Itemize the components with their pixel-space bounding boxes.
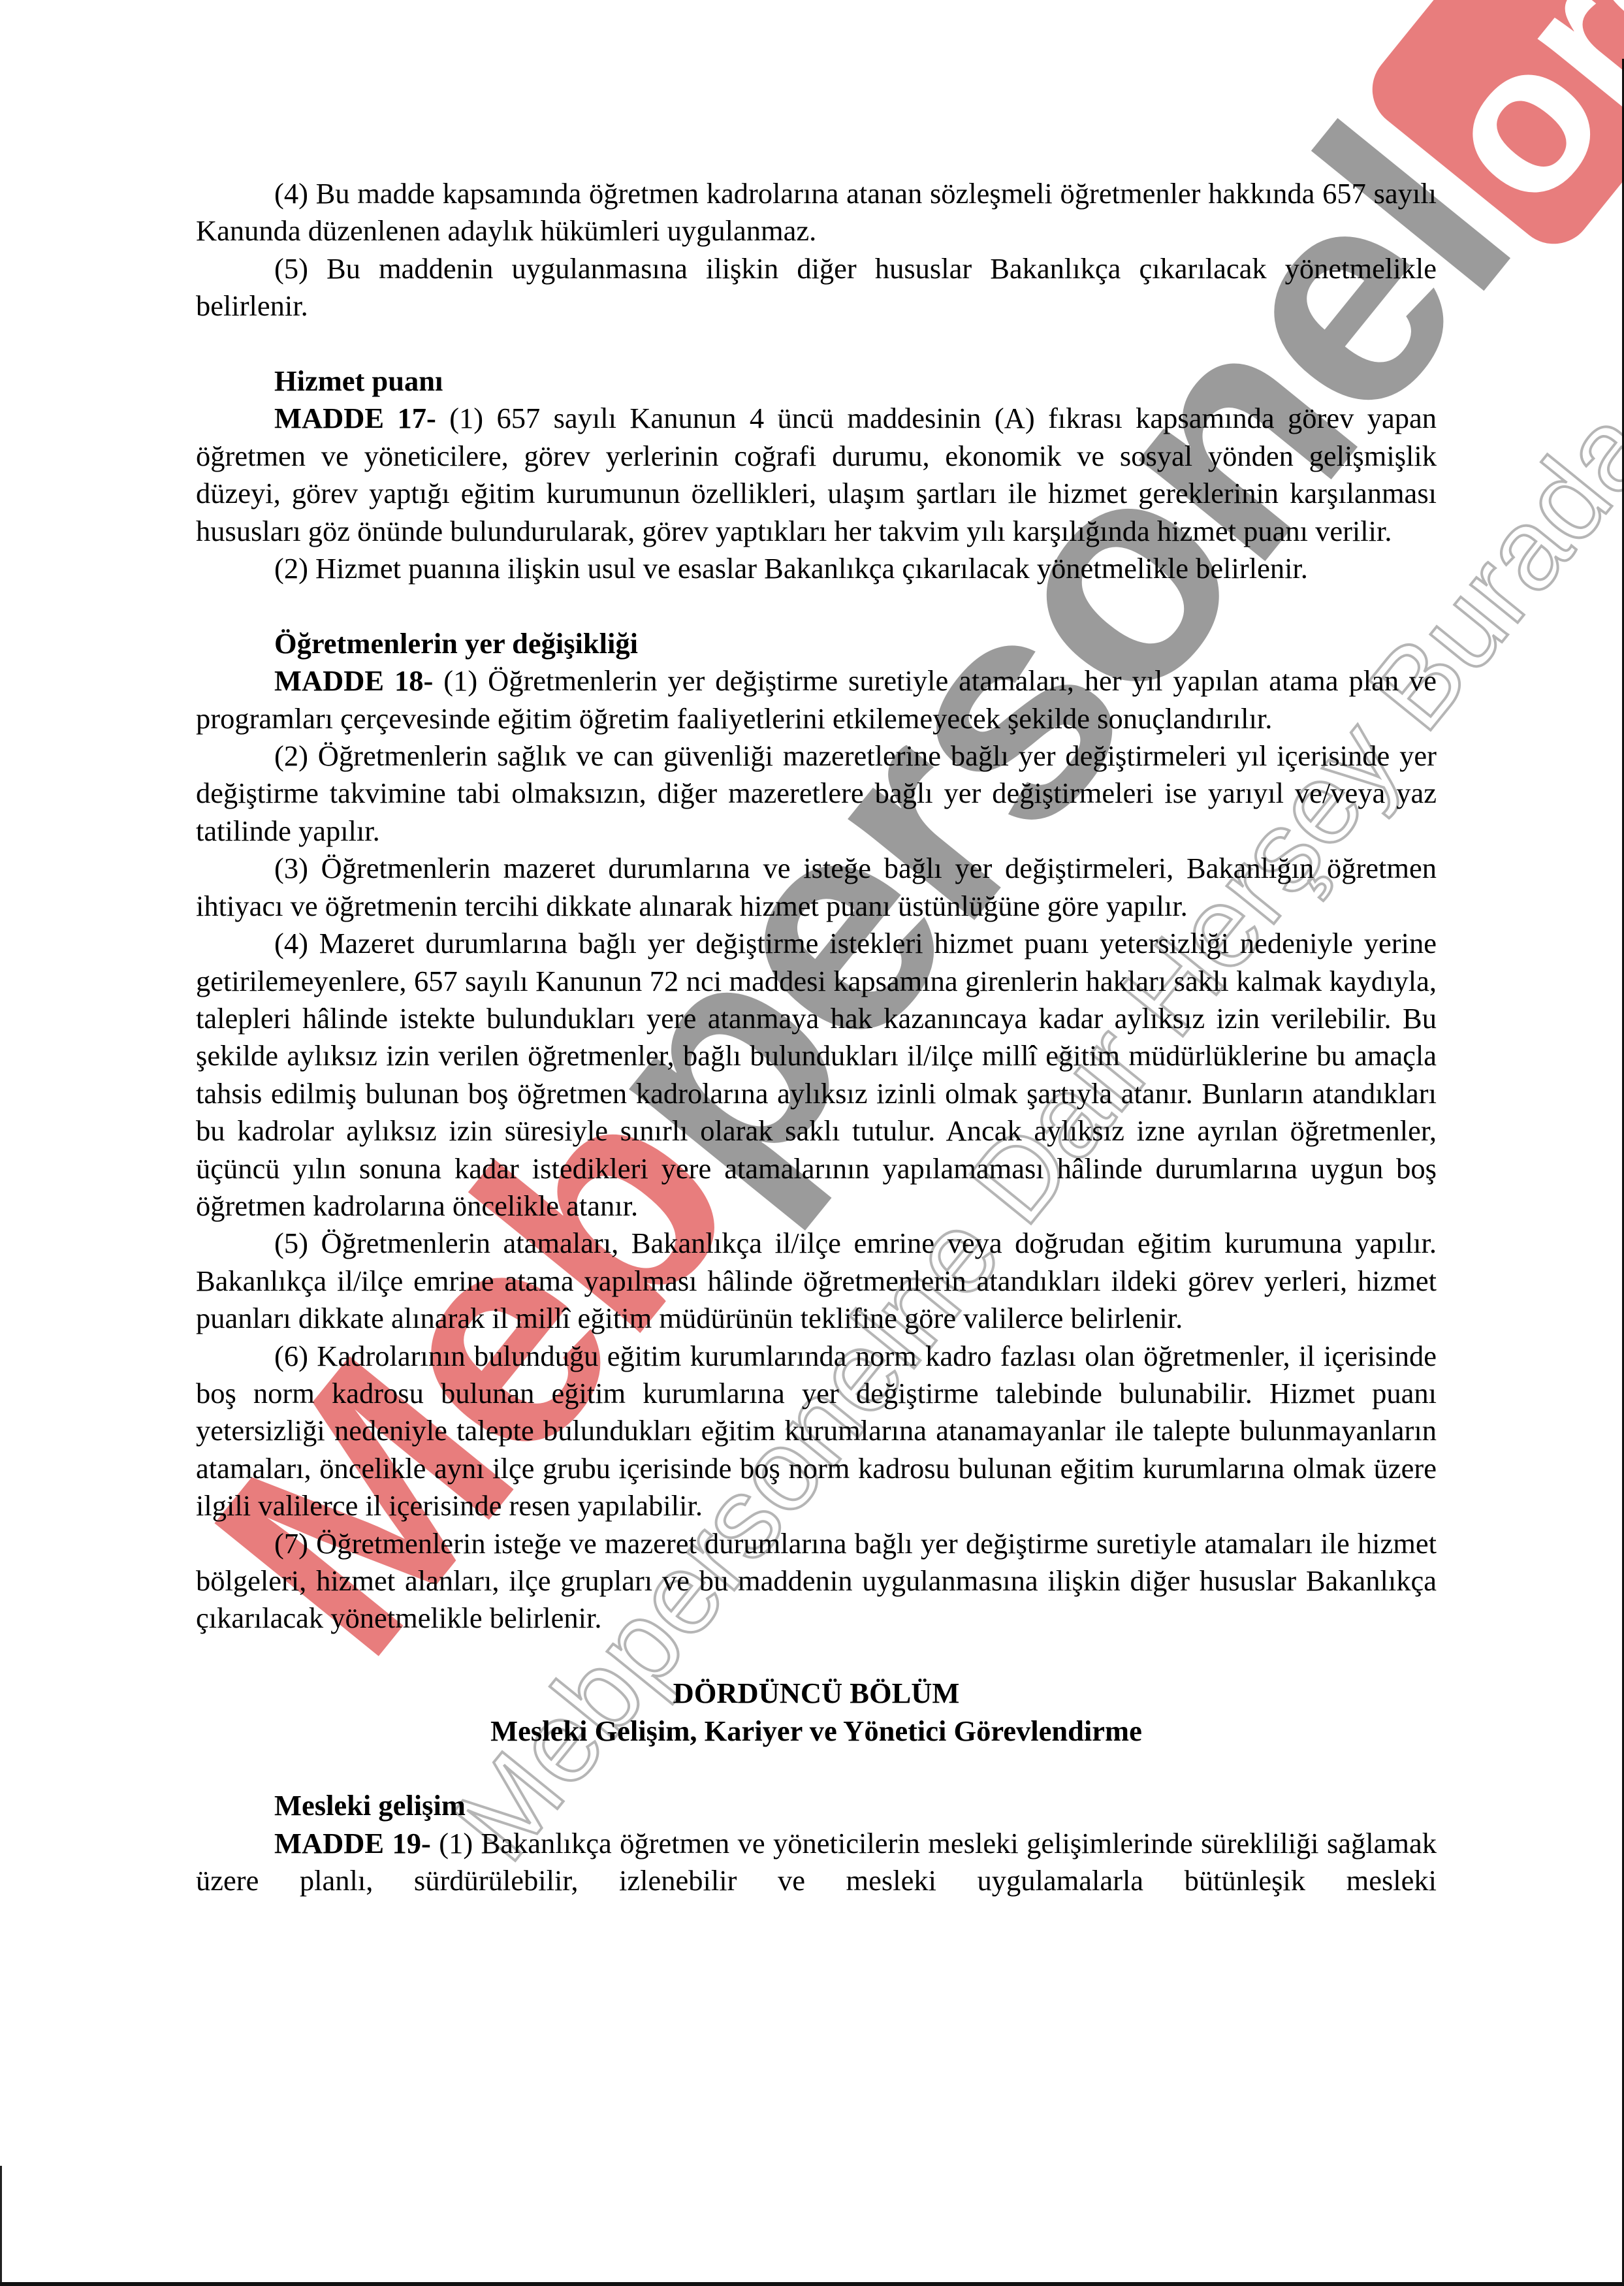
paragraph-16-4: (4) Bu madde kapsamında öğretmen kadrola… xyxy=(196,175,1437,250)
paragraph-18-4: (4) Mazeret durumlarına bağlı yer değişt… xyxy=(196,925,1437,1225)
madde-17-label: MADDE 17- xyxy=(274,402,436,434)
paragraph-17-1: MADDE 17- (1) 657 sayılı Kanunun 4 üncü … xyxy=(196,400,1437,550)
paragraph-18-6: (6) Kadrolarının bulunduğu eğitim kuruml… xyxy=(196,1338,1437,1525)
section-heading-hizmet-puani: Hizmet puanı xyxy=(196,362,1437,400)
scan-edge-left xyxy=(0,2166,2,2286)
document-body: (4) Bu madde kapsamında öğretmen kadrola… xyxy=(196,175,1437,1900)
paragraph-19-1: MADDE 19- (1) Bakanlıkça öğretmen ve yön… xyxy=(196,1825,1437,1900)
paragraph-17-2: (2) Hizmet puanına ilişkin usul ve esasl… xyxy=(196,550,1437,587)
paragraph-18-2: (2) Öğretmenlerin sağlık ve can güvenliğ… xyxy=(196,737,1437,850)
section-heading-mesleki-gelisim: Mesleki gelişim xyxy=(196,1787,1437,1824)
paragraph-18-3: (3) Öğretmenlerin mazeret durumlarına ve… xyxy=(196,850,1437,925)
madde-18-label: MADDE 18- xyxy=(274,664,433,697)
paragraph-18-7: (7) Öğretmenlerin isteğe ve mazeret duru… xyxy=(196,1525,1437,1637)
spacer xyxy=(196,1750,1437,1787)
document-page: (4) Bu madde kapsamında öğretmen kadrola… xyxy=(0,0,1624,2286)
paragraph-18-5: (5) Öğretmenlerin atamaları, Bakanlıkça … xyxy=(196,1225,1437,1337)
chapter-title: DÖRDÜNCÜ BÖLÜM xyxy=(196,1675,1437,1712)
paragraph-16-5: (5) Bu maddenin uygulanmasına ilişkin di… xyxy=(196,250,1437,325)
paragraph-18-1: MADDE 18- (1) Öğretmenlerin yer değiştir… xyxy=(196,662,1437,737)
scan-edge-bottom xyxy=(0,2282,1624,2286)
chapter-heading: DÖRDÜNCÜ BÖLÜM Mesleki Gelişim, Kariyer … xyxy=(196,1675,1437,1750)
section-heading-yer-degisikligi: Öğretmenlerin yer değişikliği xyxy=(196,625,1437,662)
madde-19-label: MADDE 19- xyxy=(274,1827,431,1859)
chapter-subtitle: Mesleki Gelişim, Kariyer ve Yönetici Gör… xyxy=(196,1713,1437,1750)
